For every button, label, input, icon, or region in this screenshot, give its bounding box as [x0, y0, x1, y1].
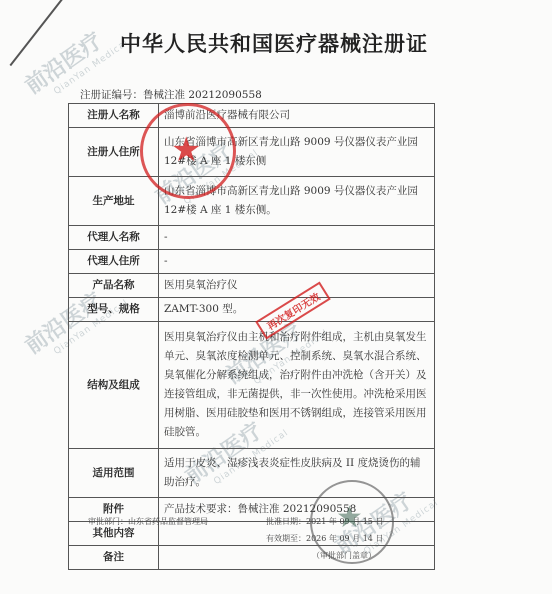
- row-label: 代理人住所: [69, 250, 159, 274]
- row-label: 生产地址: [69, 177, 159, 226]
- table-row: 产品名称 医用臭氧治疗仪: [69, 274, 435, 298]
- table-row: 代理人名称 -: [69, 226, 435, 250]
- approval-date-label: 批准日期：: [266, 517, 306, 526]
- table-row: 注册人名称 淄博前沿医疗器械有限公司: [69, 104, 435, 128]
- row-value: 医用臭氧治疗仪: [159, 274, 435, 298]
- row-value: [159, 546, 435, 570]
- row-value: -: [159, 226, 435, 250]
- row-value: 医用臭氧治疗仪由主机和治疗附件组成，主机由臭氧发生单元、臭氧浓度检测单元、控制系…: [159, 322, 435, 449]
- page-corner-fold: [10, 0, 70, 66]
- table-row: 结构及组成 医用臭氧治疗仪由主机和治疗附件组成，主机由臭氧发生单元、臭氧浓度检测…: [69, 322, 435, 449]
- authority-seal: ★: [310, 480, 394, 564]
- registration-number-label: 注册证编号：: [80, 89, 143, 101]
- row-value: -: [159, 250, 435, 274]
- star-icon: ★: [171, 130, 201, 170]
- approval-dept-value: 山东省药品监督管理局: [128, 517, 208, 526]
- approval-department: 审批部门：山东省药品监督管理局: [88, 516, 208, 527]
- row-label: 备注: [69, 546, 159, 570]
- table-row: 代理人住所 -: [69, 250, 435, 274]
- row-label: 型号、规格: [69, 298, 159, 322]
- table-row: 注册人住所 山东省淄博市高新区青龙山路 9009 号仪器仪表产业园 12#楼 A…: [69, 128, 435, 177]
- company-seal: ★: [140, 103, 236, 199]
- registration-number-value: 鲁械注准 20212090558: [143, 89, 262, 101]
- registration-number: 注册证编号：鲁械注准 20212090558: [80, 87, 262, 102]
- row-label: 注册人名称: [69, 104, 159, 128]
- table-row: 型号、规格 ZAMT-300 型。: [69, 298, 435, 322]
- row-label: 结构及组成: [69, 322, 159, 449]
- row-label: 产品名称: [69, 274, 159, 298]
- star-icon: ★: [336, 500, 363, 535]
- certificate-title: 中华人民共和国医疗器械注册证: [120, 28, 428, 58]
- valid-until-label: 有效期至：: [266, 534, 306, 543]
- table-row: 生产地址 山东省淄博市高新区青龙山路 9009 号仪器仪表产业园 12#楼 A …: [69, 177, 435, 226]
- approval-dept-label: 审批部门：: [88, 517, 128, 526]
- row-label: 适用范围: [69, 449, 159, 498]
- row-value: 适用于皮炎、湿疹浅表炎症性皮肤病及 II 度烧烫伤的辅助治疗。: [159, 449, 435, 498]
- row-label: 代理人名称: [69, 226, 159, 250]
